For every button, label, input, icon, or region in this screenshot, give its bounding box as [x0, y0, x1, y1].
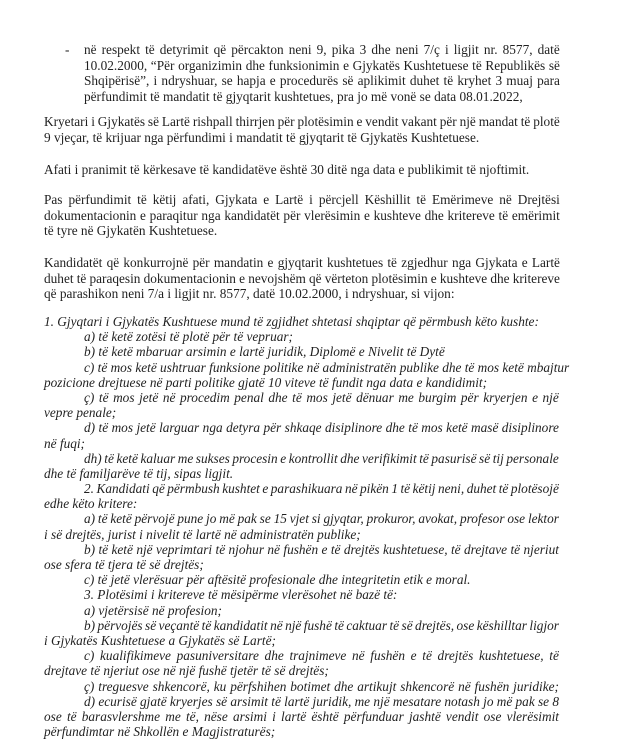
word: kushtet [222, 481, 260, 496]
word: juridike; [513, 679, 559, 694]
word: d) [84, 420, 95, 435]
word: së [216, 694, 227, 709]
word: ç) [84, 390, 94, 405]
word: procedurës [280, 73, 338, 89]
word: të, [186, 709, 199, 724]
criteria-heading-2: 2.Kandidatiqëpërmbushkushteteparashikuar… [44, 481, 559, 496]
word: mos [306, 390, 327, 405]
word: Pas [44, 192, 62, 208]
word: të [77, 271, 87, 287]
word: në [267, 542, 280, 557]
word: pak [238, 511, 257, 526]
criteria-item: ç)treguesveshkencorë,kupërfshihenbotimet… [44, 679, 559, 694]
word: me [355, 694, 371, 709]
word: treguesve [98, 679, 148, 694]
word: 10.02.2000, [84, 58, 147, 74]
word: nga [201, 208, 220, 224]
word: Lartë [275, 192, 303, 208]
criteria-heading-3: 3. Plotësimi i kritereve të mësipërme vl… [44, 587, 559, 602]
criteria-item: c) të jetë vlerësuar për aftësitë profes… [44, 572, 559, 587]
word: të [145, 42, 155, 58]
word: Kandidati [96, 481, 149, 496]
word: për [263, 420, 281, 435]
word: tij [493, 451, 504, 466]
word: Kushtetuese [404, 58, 469, 74]
word: nga [203, 420, 223, 435]
word: thirrjen [236, 114, 275, 130]
word: dënuar [356, 390, 394, 405]
word: në [270, 618, 283, 633]
word: së [549, 58, 560, 74]
word: se [538, 694, 549, 709]
word: veprimtari [156, 542, 212, 557]
word: dokumentacionin [44, 208, 136, 224]
text-line: Shqipërisë”,indryshuar,sehapjaeprocedurë… [84, 73, 560, 89]
word: fushën [283, 542, 318, 557]
criteria-list: 1. Gjyqtari i Gjykatës Kushtuese mund të… [44, 314, 559, 739]
word: kryhet [457, 73, 491, 89]
word: ku [214, 679, 227, 694]
word: me [398, 390, 414, 405]
word: e [140, 208, 146, 224]
word: penal [234, 390, 264, 405]
criteria-item-continuation: i së drejtës, jurist i nivelit të lartë … [44, 527, 559, 542]
word: vlerësimit [507, 709, 559, 724]
word: muaj [506, 73, 533, 89]
criteria-item-continuation: përfundimtar në Shkollën e Magjistraturë… [44, 724, 559, 739]
word: profesor [460, 511, 505, 526]
word: këtij [153, 192, 177, 208]
word: detyrimit [160, 42, 209, 58]
word: plotësimin [297, 114, 353, 130]
word: ketë [446, 420, 467, 435]
word: prokuror, [367, 511, 416, 526]
word: arsimit [230, 694, 268, 709]
word: të [334, 618, 344, 633]
text-line: Afati i pranimit të kërkesave të kandida… [44, 162, 560, 178]
word: gjatë [140, 694, 167, 709]
word: jo [206, 511, 216, 526]
word: që [214, 42, 227, 58]
word: dhe [246, 58, 265, 74]
word: nga [452, 255, 471, 271]
word: Gjykata [475, 255, 517, 271]
criteria-item: a) vjetërsisë në profesion; [44, 603, 559, 618]
word: Republikës [485, 58, 545, 74]
word: kaluar [140, 451, 175, 466]
word: që [309, 271, 322, 287]
document-page: - nërespekttëdetyrimitqëpërcaktonneni9,p… [0, 0, 617, 752]
word: së [402, 618, 413, 633]
word: ligjit [454, 42, 479, 58]
word: vjet [290, 511, 309, 526]
word: paraqesin [90, 271, 141, 287]
word: të [444, 73, 454, 89]
criteria-item: a) të ketë zotësi të plotë për të veprua… [44, 329, 559, 344]
word: përfunduar [344, 709, 404, 724]
word: paraqitur [150, 208, 198, 224]
word: shkencorë [400, 679, 454, 694]
criteria-item-continuation: osetëbarasvlershmemetë,nësearsimiilartëë… [44, 709, 559, 724]
word: verifikimit [362, 451, 417, 466]
word: shkaqe [285, 420, 322, 435]
word: b) [84, 542, 95, 557]
word: përmbush [167, 481, 219, 496]
word: kualifikimeve [100, 648, 171, 663]
word: Lartë [532, 255, 560, 271]
criteria-item-continuation: në fuqi; [44, 436, 559, 451]
word: në [84, 42, 97, 58]
word: kandidatët [224, 208, 279, 224]
word: jetë [332, 390, 351, 405]
word: përfundimit [68, 192, 131, 208]
word: e [522, 255, 528, 271]
word: 2. [84, 481, 94, 496]
criteria-item: b)përvojëssëveçantëtëkandidatitnënjëfush… [44, 618, 559, 633]
word: Emërimeve [432, 192, 493, 208]
word: Kryetari [44, 114, 88, 130]
word: b) [84, 618, 95, 633]
word: arsimi [233, 709, 267, 724]
word: caktuar [346, 618, 387, 633]
text-line: përfundimit të mandatit të gjyqtarit kus… [84, 89, 560, 105]
word: të [499, 481, 509, 496]
word: vendit [365, 114, 398, 130]
word: të [408, 420, 418, 435]
word: para [537, 73, 560, 89]
word: një [543, 390, 559, 405]
word: lartë [281, 709, 306, 724]
word: d) [84, 694, 95, 709]
word: që [107, 255, 120, 271]
word: ndryshuar, [161, 73, 217, 89]
word: e [263, 192, 269, 208]
word: për [278, 114, 295, 130]
criteria-item-continuation: i Gjykatës Kushtetuese a Gjykatës së Lar… [44, 633, 559, 648]
word: respekt [102, 42, 140, 58]
word: parashikuara [271, 481, 343, 496]
paragraph-reopening-call: KryetariiGjykatëssëLartërishpallthirrjen… [44, 114, 560, 145]
text-line: Kandidatëtqëkonkurrojnëpërmandatinegjyqt… [44, 255, 560, 271]
word: Këshillit [365, 192, 411, 208]
word: një [285, 618, 301, 633]
word: detyra [226, 420, 260, 435]
word: duhet [467, 481, 497, 496]
word: si [312, 511, 321, 526]
word: të [422, 648, 432, 663]
criteria-item: d)tëmosjetëlarguarngadetyrapërshkaqedisi… [44, 420, 559, 435]
word: dhe [386, 420, 405, 435]
word: ose [484, 709, 502, 724]
word: kushteve [374, 208, 421, 224]
word: jo [483, 694, 493, 709]
word: një [460, 114, 476, 130]
word: ketë [112, 542, 133, 557]
word: emërimit [512, 208, 560, 224]
word: dh) [84, 451, 102, 466]
word: barasvlershme [82, 709, 160, 724]
criteria-item-continuation: pozicione drejtuese në parti politike gj… [44, 375, 559, 390]
word: lartë [284, 694, 309, 709]
criteria-item: b)tëketënjëveprimtaritënjohurnëfushënetë… [44, 542, 559, 557]
word: dhe [334, 679, 353, 694]
word: vërteton [325, 271, 369, 287]
notice-item: nërespekttëdetyrimitqëpërcaktonneni9,pik… [84, 42, 560, 104]
word: Gjykata [215, 192, 257, 208]
word: Kandidatët [44, 255, 102, 271]
word: e [343, 58, 349, 74]
word: kryerjes [170, 694, 213, 709]
word: është [311, 709, 338, 724]
word: kandidatit [214, 618, 268, 633]
text-line: Paspërfundimittëkëtijafati,GjykataeLartë… [44, 192, 560, 208]
word: me [165, 709, 181, 724]
criteria-item: a)tëketëpërvojëpunejomëpakse15vjetsigjyq… [44, 511, 559, 526]
word: jetë [136, 420, 155, 435]
word: 7/ç [424, 42, 440, 58]
word: 1 [391, 481, 398, 496]
word: c) [84, 648, 94, 663]
word: plotësimin [371, 271, 427, 287]
word: ecurisë [98, 694, 136, 709]
word: e [270, 73, 276, 89]
word: avokat, [418, 511, 457, 526]
criteria-item-continuation: ose sfera të tjera të së drejtës; [44, 557, 559, 572]
word: procesin [232, 451, 277, 466]
word: 8577, [503, 42, 533, 58]
word: njohur [229, 542, 264, 557]
word: e [262, 481, 268, 496]
word: 8 [552, 694, 559, 709]
word: pika [332, 42, 355, 58]
word: të [419, 451, 429, 466]
word: të [99, 390, 109, 405]
word: drejtës, [415, 618, 454, 633]
word: përfshihen [230, 679, 286, 694]
word: për [193, 255, 210, 271]
word: kryerjen [483, 390, 527, 405]
criteria-item-continuation: vepre penale; [44, 405, 559, 420]
word: ligjor [529, 618, 559, 633]
word: e [364, 208, 370, 224]
word: vlerësimin [304, 208, 360, 224]
word: të [387, 255, 397, 271]
word: juridik, [313, 694, 352, 709]
word: kritereve [513, 271, 560, 287]
word: së [479, 451, 490, 466]
word: pak [516, 694, 535, 709]
word: lektor [528, 511, 559, 526]
word: për [283, 208, 300, 224]
word: të [472, 58, 482, 74]
word: mandat [479, 114, 518, 130]
word: a) [84, 511, 95, 526]
word: mos [113, 390, 134, 405]
word: se [222, 73, 233, 89]
word: larguar [159, 420, 199, 435]
word: ose [44, 709, 62, 724]
word: e [411, 648, 417, 663]
word: se [260, 511, 271, 526]
word: të [67, 709, 77, 724]
word: disiplinore [502, 420, 559, 435]
word: në [352, 648, 365, 663]
word: notash [444, 694, 479, 709]
word: ose [457, 618, 475, 633]
word: që [152, 481, 165, 496]
word: drejtës [344, 542, 380, 557]
word: për [461, 390, 479, 405]
word: burgim [418, 390, 456, 405]
word: dhe [490, 271, 509, 287]
word: masë [471, 420, 498, 435]
word: përcakton [231, 42, 283, 58]
word: hapja [237, 73, 266, 89]
word: e [431, 271, 437, 287]
word: drejtës [438, 648, 474, 663]
criteria-item-continuation: dhe të familjarëve të tij, sipas ligjit. [44, 466, 559, 481]
word: fushën [475, 679, 510, 694]
word: dhe [268, 390, 287, 405]
text-line: të tyre në Gjykatën Kushtetuese. [44, 223, 560, 239]
word: mandatin [214, 255, 263, 271]
word: kushtetuese, [383, 542, 448, 557]
word: afati, [182, 192, 209, 208]
word: neni, [438, 481, 464, 496]
word: përcjell [319, 192, 359, 208]
word: 3 [495, 73, 502, 89]
word: më [497, 694, 513, 709]
word: 9, [317, 42, 327, 58]
word: pasurisë [431, 451, 476, 466]
word: të [510, 542, 520, 557]
word: organizimin [178, 58, 242, 74]
word: përvojës [98, 618, 143, 633]
word: mos [421, 420, 442, 435]
word: “Për [151, 58, 175, 74]
word: i [91, 114, 95, 130]
word: nëse [204, 709, 228, 724]
word: pune [177, 511, 203, 526]
text-line: dokumentacionineparaqiturngakandidatëtpë… [44, 208, 560, 224]
word: nevojshëm [248, 271, 306, 287]
word: së [145, 618, 156, 633]
word: e [239, 271, 245, 287]
word: jetë [139, 390, 158, 405]
word: zgjedhur [401, 255, 448, 271]
word: pikën [360, 481, 389, 496]
word: plotë [533, 114, 560, 130]
word: drejtave [464, 542, 507, 557]
word: për [440, 114, 457, 130]
word: e [280, 451, 286, 466]
word: datë [538, 42, 560, 58]
word: të [331, 542, 341, 557]
word: mesatare [393, 694, 441, 709]
word: aplikimit [358, 73, 406, 89]
paragraph-candidate-requirements: Kandidatëtqëkonkurrojnëpërmandatinegjyqt… [44, 255, 560, 302]
criteria-item-continuation: edhe këto kritere: [44, 496, 559, 511]
word: fushë [304, 618, 332, 633]
word: i [272, 709, 276, 724]
word: shkencorë, [153, 679, 210, 694]
word: Shqipërisë”, [84, 73, 149, 89]
criteria-item: dh)tëketëkaluarmesuksesprocesinekontroll… [44, 451, 559, 466]
word: së [342, 73, 353, 89]
word: personale [506, 451, 558, 466]
word: një [136, 542, 152, 557]
word: duhet [44, 271, 74, 287]
word: këtij [413, 481, 436, 496]
word: Gjykatës [98, 114, 145, 130]
word: gjyqtar, [323, 511, 363, 526]
word: përvojë [135, 511, 175, 526]
word: botimet [290, 679, 330, 694]
word: rishpall [193, 114, 233, 130]
word: dhe [371, 42, 390, 58]
word: duhet [410, 73, 440, 89]
word: në [345, 481, 358, 496]
word: dhe [265, 648, 284, 663]
word: me [178, 451, 194, 466]
word: kushteve [440, 271, 487, 287]
word: kushtetues [327, 255, 383, 271]
word: të [137, 192, 147, 208]
word: në [458, 679, 471, 694]
word: fushën [370, 648, 405, 663]
word: dhe [425, 208, 444, 224]
word: kritereve [448, 208, 495, 224]
word: i [154, 73, 158, 89]
word: neni [289, 42, 312, 58]
word: trajnimeve [289, 648, 346, 663]
word: në [163, 390, 176, 405]
word: procedim [180, 390, 230, 405]
word: në [499, 192, 512, 208]
criteria-item: b) të ketë mbaruar arsimin e lartë jurid… [44, 344, 559, 359]
word: të [451, 542, 461, 557]
word: të [292, 390, 302, 405]
word: 15 [274, 511, 287, 526]
text-line: duhettëparaqesindokumentacioninenevojshë… [44, 271, 560, 287]
word: ç) [84, 679, 94, 694]
word: ose [507, 511, 525, 526]
word: Drejtësi [518, 192, 560, 208]
word: këshilltar [477, 618, 527, 633]
word: kushtetuese, [479, 648, 544, 663]
word: të [98, 542, 108, 557]
word: i [309, 192, 313, 208]
word: të [202, 618, 212, 633]
word: 3 [360, 42, 367, 58]
text-line: që parashikon neni 7/a i ligjit nr. 8577… [44, 286, 560, 302]
word: nr. [484, 42, 498, 58]
word: vendit [446, 709, 479, 724]
word: disiplinore [325, 420, 382, 435]
word: të [499, 208, 509, 224]
criteria-item: c) të mos ketë ushtruar funksione politi… [44, 360, 559, 375]
word: të [104, 451, 114, 466]
word: konkurrojnë [123, 255, 188, 271]
word: të [216, 542, 226, 557]
word: sukses [196, 451, 230, 466]
word: i [445, 42, 449, 58]
word: të [99, 420, 109, 435]
word: e [532, 390, 538, 405]
word: neni [396, 42, 419, 58]
word: veçantë [159, 618, 200, 633]
word: të [416, 192, 426, 208]
